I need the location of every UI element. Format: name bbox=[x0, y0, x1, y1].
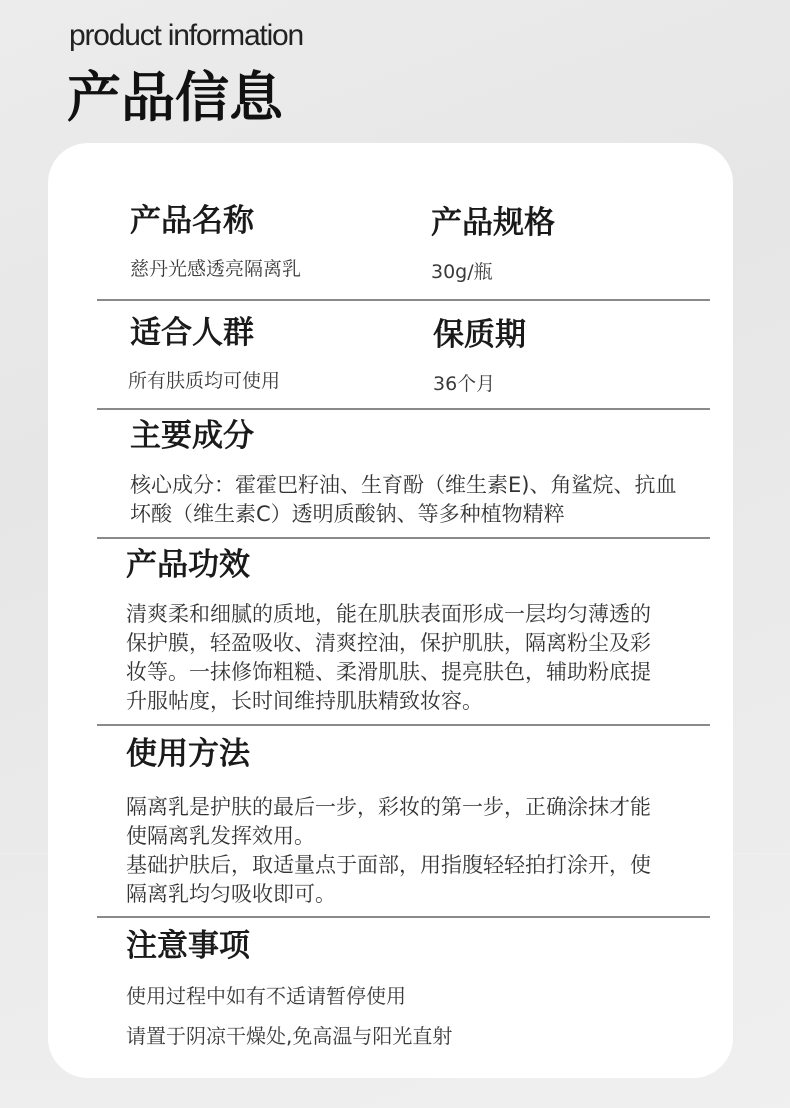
info-card: 产品名称 慈丹光感透亮隔离乳 产品规格 30g/瓶 适合人群 所有肤质均可使用 … bbox=[48, 143, 733, 1078]
notes-line: 使用过程中如有不适请暂停使用 bbox=[126, 983, 406, 1009]
efficacy-line: 保护膜，轻盈吸收、清爽控油，保护肌肤，隔离粉尘及彩 bbox=[126, 629, 706, 658]
usage-line: 使隔离乳发挥效用。 bbox=[126, 822, 706, 851]
ingredients-line: 坏酸（维生素C）透明质酸钠、等多种植物精粹 bbox=[130, 500, 710, 529]
divider bbox=[97, 408, 710, 410]
divider bbox=[97, 537, 710, 539]
product-name-label: 产品名称 bbox=[130, 201, 254, 241]
divider bbox=[97, 724, 710, 726]
ingredients-text: 核心成分：霍霍巴籽油、生育酚（维生素E)、角鲨烷、抗血 坏酸（维生素C）透明质酸… bbox=[130, 471, 710, 529]
usage-line: 隔离乳是护肤的最后一步，彩妆的第一步，正确涂抹才能 bbox=[126, 793, 706, 822]
product-spec-label: 产品规格 bbox=[431, 203, 555, 243]
ingredients-label: 主要成分 bbox=[130, 416, 254, 456]
ingredients-line: 核心成分：霍霍巴籽油、生育酚（维生素E)、角鲨烷、抗血 bbox=[130, 471, 710, 500]
usage-line: 基础护肤后，取适量点于面部，用指腹轻轻拍打涂开，使 bbox=[126, 851, 706, 880]
efficacy-label: 产品功效 bbox=[126, 545, 250, 585]
divider bbox=[97, 299, 710, 301]
efficacy-line: 升服帖度，长时间维持肌肤精致妆容。 bbox=[126, 687, 706, 716]
divider bbox=[97, 916, 710, 918]
usage-text: 隔离乳是护肤的最后一步，彩妆的第一步，正确涂抹才能 使隔离乳发挥效用。 基础护肤… bbox=[126, 793, 706, 909]
notes-line: 请置于阴凉干燥处,免高温与阳光直射 bbox=[126, 1023, 452, 1049]
audience-label: 适合人群 bbox=[130, 313, 254, 353]
notes-label: 注意事项 bbox=[126, 926, 250, 966]
product-spec-value: 30g/瓶 bbox=[431, 259, 493, 285]
subtitle-english: product information bbox=[69, 16, 303, 56]
efficacy-text: 清爽柔和细腻的质地，能在肌肤表面形成一层均匀薄透的 保护膜，轻盈吸收、清爽控油，… bbox=[126, 600, 706, 716]
usage-line: 隔离乳均匀吸收即可。 bbox=[126, 880, 706, 909]
shelf-life-value: 36个月 bbox=[433, 371, 495, 397]
audience-value: 所有肤质均可使用 bbox=[128, 368, 280, 394]
product-name-value: 慈丹光感透亮隔离乳 bbox=[130, 256, 301, 282]
efficacy-line: 妆等。一抹修饰粗糙、柔滑肌肤、提亮肤色，辅助粉底提 bbox=[126, 658, 706, 687]
efficacy-line: 清爽柔和细腻的质地，能在肌肤表面形成一层均匀薄透的 bbox=[126, 600, 706, 629]
shelf-life-label: 保质期 bbox=[433, 315, 526, 355]
page-title: 产品信息 bbox=[67, 66, 283, 130]
usage-label: 使用方法 bbox=[126, 734, 250, 774]
